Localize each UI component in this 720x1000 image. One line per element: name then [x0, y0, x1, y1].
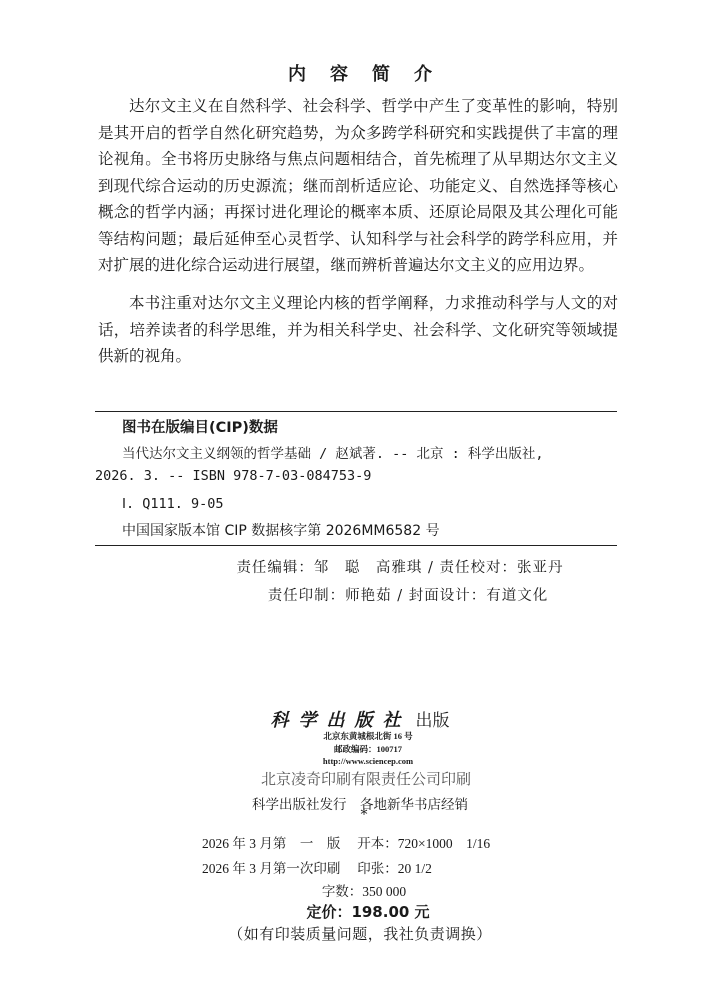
- publisher-name: 科学出版社 出版: [0, 706, 720, 732]
- price: 定价：198.00 元: [8, 901, 720, 922]
- cip-top-rule: [95, 411, 617, 412]
- cip-isbn-line: 2026. 3. -- ISBN 978-7-03-084753-9: [95, 468, 371, 484]
- cip-heading: 图书在版编目(CIP)数据: [122, 416, 278, 437]
- summary-paragraph-2: 本书注重对达尔文主义理论内核的哲学阐释，力求推动科学与人文的对话，培养读者的科学…: [98, 290, 618, 370]
- printer-info: 北京凌奇印刷有限责任公司印刷: [6, 768, 720, 789]
- printing-line: 2026 年 3 月第一次印刷 印张：20 1/2: [202, 857, 432, 877]
- separator-asterisk: *: [4, 807, 720, 823]
- cip-title-line: 当代达尔文主义纲领的哲学基础 / 赵斌著. -- 北京 : 科学出版社,: [122, 442, 544, 462]
- production-credits: 责任印制：师艳茹 / 封面设计：有道文化: [48, 584, 720, 605]
- page-title: 内容简介: [0, 60, 720, 86]
- quality-notice: （如有印装质量问题，我社负责调换）: [0, 923, 720, 944]
- editor-credits: 责任编辑：邹 聪 高雅琪 / 责任校对：张亚丹: [40, 556, 720, 577]
- publisher-postcode: 邮政编码：100717: [8, 743, 720, 755]
- summary-paragraph-1: 达尔文主义在自然科学、社会科学、哲学中产生了变革性的影响，特别是其开启的哲学自然…: [98, 93, 618, 279]
- publisher-address: 北京东黄城根北街 16 号: [8, 730, 720, 742]
- edition-line: 2026 年 3 月第 一 版 开本：720×1000 1/16: [202, 832, 490, 852]
- cip-bottom-rule: [95, 545, 617, 546]
- cip-classification: Ⅰ. Q111. 9-05: [122, 496, 224, 512]
- word-count: 字数：350 000: [4, 880, 720, 900]
- publisher-logo-text: 科学出版社: [270, 710, 410, 731]
- publisher-suffix: 出版: [416, 711, 450, 731]
- publisher-website: http://www.sciencep.com: [8, 756, 720, 766]
- cip-record-number: 中国国家版本馆 CIP 数据核字第 2026MM6582 号: [122, 520, 440, 540]
